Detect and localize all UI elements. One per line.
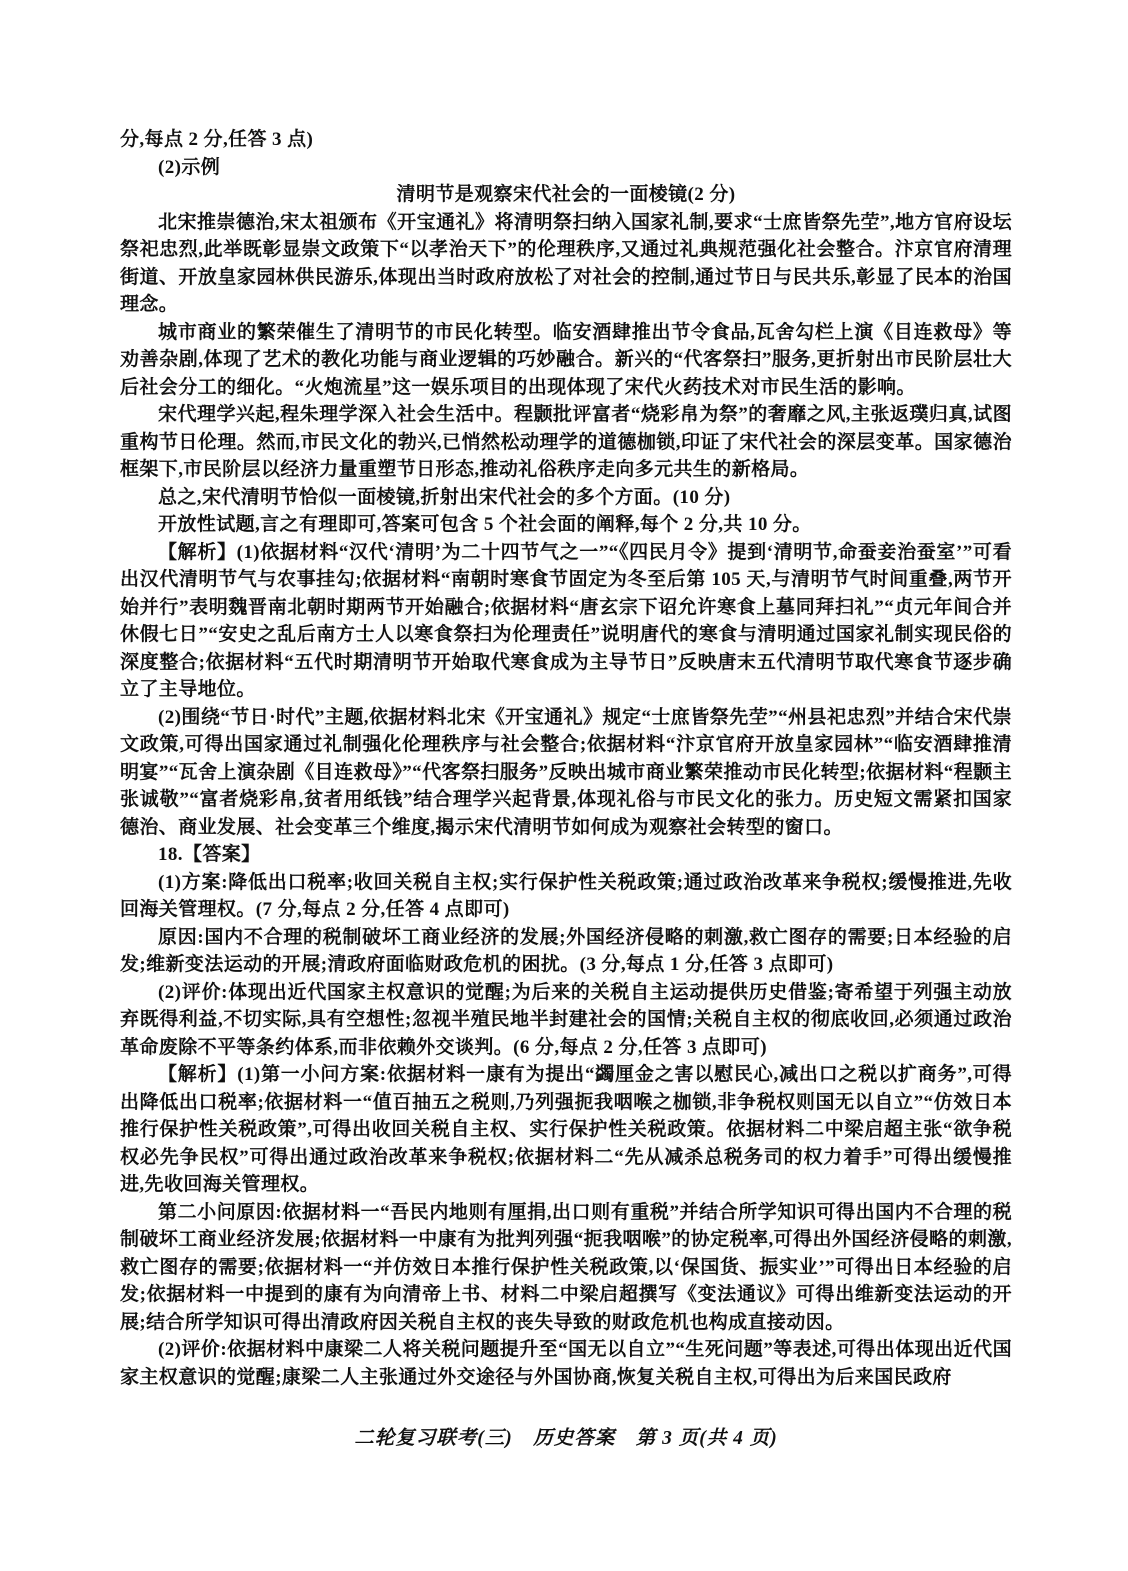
page-footer: 二轮复习联考(三) 历史答案 第 3 页(共 4 页) <box>120 1425 1012 1452</box>
q18-analysis-plan: 【解析】(1)第一小问方案:依据材料一康有为提出“蠲厘金之害以慰民心,减出口之税… <box>120 1061 1012 1199</box>
q18-answer-evaluation: (2)评价:体现出近代国家主权意识的觉醒;为后来的关税自主运动提供历史借鉴;寄希… <box>120 979 1012 1062</box>
q18-analysis-evaluation: (2)评价:依据材料中康梁二人将关税问题提升至“国无以自立”“生死问题”等表述,… <box>120 1336 1012 1391</box>
q18-answer-reasons: 原因:国内不合理的税制破坏工商业经济的发展;外国经济侵略的刺激,救亡图存的需要;… <box>120 924 1012 979</box>
essay-conclusion: 总之,宋代清明节恰似一面棱镜,折射出宋代社会的多个方面。(10 分) <box>120 484 1012 512</box>
essay-paragraph-1: 北宋推崇德治,宋太祖颁布《开宝通礼》将清明祭扫纳入国家礼制,要求“士庶皆祭先茔”… <box>120 209 1012 319</box>
essay-title: 清明节是观察宋代社会的一面棱镜(2 分) <box>120 181 1012 209</box>
essay-paragraph-2: 城市商业的繁荣催生了清明节的市民化转型。临安酒肆推出节令食品,瓦舍勾栏上演《目连… <box>120 319 1012 402</box>
q18-analysis-reasons: 第二小问原因:依据材料一“吾民内地则有厘捐,出口则有重税”并结合所学知识可得出国… <box>120 1199 1012 1337</box>
q18-answer-plan: (1)方案:降低出口税率;收回关税自主权;实行保护性关税政策;通过政治改革来争税… <box>120 869 1012 924</box>
q18-answer-heading: 18.【答案】 <box>120 841 1012 869</box>
grading-note: 开放性试题,言之有理即可,答案可包含 5 个社会面的阐释,每个 2 分,共 10… <box>120 511 1012 539</box>
q17-analysis-part2: (2)围绕“节日·时代”主题,依据材料北宋《开宝通礼》规定“士庶皆祭先茔”“州县… <box>120 704 1012 842</box>
item-2-example-label: (2)示例 <box>120 154 1012 182</box>
q17-analysis-part1: 【解析】(1)依据材料“汉代‘清明’为二十四节气之一”“《四民月令》提到‘清明节… <box>120 539 1012 704</box>
essay-paragraph-3: 宋代理学兴起,程朱理学深入社会生活中。程颢批评富者“烧彩帛为祭”的奢靡之风,主张… <box>120 401 1012 484</box>
carryover-score-note: 分,每点 2 分,任答 3 点) <box>120 126 1012 154</box>
scanned-answer-page: 分,每点 2 分,任答 3 点) (2)示例 清明节是观察宋代社会的一面棱镜(2… <box>0 0 1128 1571</box>
